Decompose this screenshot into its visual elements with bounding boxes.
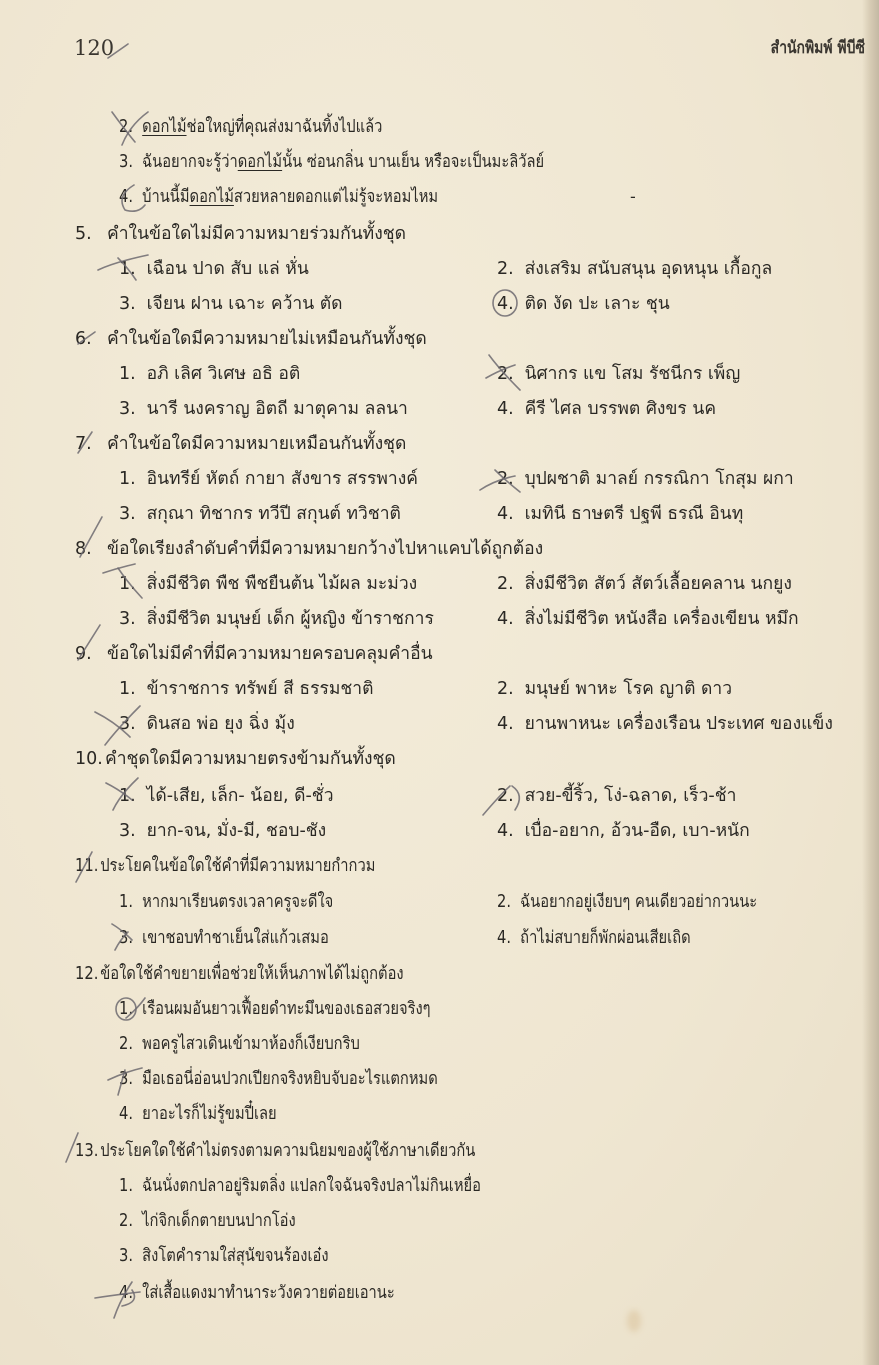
- q7-option-2: 2. บุปผชาติ มาลย์ กรรณิกา โกสุม ผกา: [497, 467, 794, 491]
- prev-question-option-2: 2. ดอกไม้ช่อใหญ่ที่คุณส่งมาฉันทิ้งไปแล้ว: [119, 115, 382, 139]
- q8-option-2: 2. สิ่งมีชีวิต สัตว์ สัตว์เลื้อยคลาน นกย…: [497, 572, 792, 596]
- q5-option-1: 1. เฉือน ปาด สับ แล่ หั่น: [119, 257, 309, 281]
- q8-option-1: 1. สิ่งมีชีวิต พืช พืชยืนต้น ไม้ผล มะม่ว…: [119, 572, 417, 596]
- question-8: 8.ข้อใดเรียงลำดับคำที่มีความหมายกว้างไปห…: [75, 537, 543, 561]
- question-text: คำชุดใดมีความหมายตรงข้ามกันทั้งชุด: [105, 749, 396, 769]
- question-text: ประโยคใดใช้คำไม่ตรงตามความนิยมของผู้ใช้ภ…: [100, 1141, 475, 1161]
- q11-option-2: 2. ฉันอยากอยู่เงียบๆ คนเดียวอย่ากวนนะ: [497, 890, 757, 914]
- q11-option-1: 1. หากมาเรียนตรงเวลาครูจะดีใจ: [119, 890, 333, 914]
- q6-option-1: 1. อภิ เลิศ วิเศษ อธิ อติ: [119, 362, 300, 386]
- q12-option-3: 3. มือเธอนี่อ่อนปวกเปียกจริงหยิบจับอะไรแ…: [119, 1067, 438, 1091]
- q10-option-2: 2. สวย-ขี้ริ้ว, โง่-ฉลาด, เร็ว-ช้า: [497, 784, 736, 808]
- question-12: 12.ข้อใดใช้คำขยายเพื่อช่วยให้เห็นภาพได้ไ…: [75, 962, 404, 986]
- q5-option-3: 3. เจียน ฝาน เฉาะ คว้าน ตัด: [119, 292, 343, 316]
- q13-option-2: 2. ไก่จิกเด็กตายบนปากโอ่ง: [119, 1209, 296, 1233]
- question-text: คำในข้อใดไม่มีความหมายร่วมกันทั้งชุด: [107, 224, 406, 244]
- q7-option-1: 1. อินทรีย์ หัตถ์ กายา สังขาร สรรพางค์: [119, 467, 418, 491]
- q12-option-2: 2. พอครูไสวเดินเข้ามาห้องก็เงียบกริบ: [119, 1032, 360, 1056]
- paper-stain: [627, 1310, 641, 1332]
- q8-option-3: 3. สิ่งมีชีวิต มนุษย์ เด็ก ผู้หญิง ข้ารา…: [119, 607, 434, 631]
- underlined-word: ดอกไม้: [238, 152, 282, 172]
- q5-option-2: 2. ส่งเสริม สนับสนุน อุดหนุน เกื้อกูล: [497, 257, 772, 281]
- question-11: 11.ประโยคในข้อใดใช้คำที่มีความหมายกำกวม: [75, 854, 375, 878]
- question-text: คำในข้อใดมีความหมายไม่เหมือนกันทั้งชุด: [107, 329, 427, 349]
- q11-option-3: 3. เขาชอบทำชาเย็นใส่แก้วเสมอ: [119, 926, 329, 950]
- question-text: ข้อใดเรียงลำดับคำที่มีความหมายกว้างไปหาแ…: [107, 539, 543, 559]
- publisher-name: สำนักพิมพ์ พีบีซี: [771, 34, 865, 61]
- underlined-word: ดอกไม้: [142, 117, 186, 137]
- prev-question-option-4: 4. บ้านนี้มีดอกไม้สวยหลายดอกแต่ไม่รู้จะห…: [119, 185, 438, 209]
- q13-option-1: 1. ฉันนั่งตกปลาอยู่ริมตลิ่ง แปลกใจฉันจริ…: [119, 1174, 481, 1198]
- question-7: 7.คำในข้อใดมีความหมายเหมือนกันทั้งชุด: [75, 432, 406, 456]
- q10-option-1: 1. ได้-เสีย, เล็ก- น้อย, ดี-ชั่ว: [119, 784, 334, 808]
- q10-option-4: 4. เบื่อ-อยาก, อ้วน-อืด, เบา-หนัก: [497, 819, 750, 843]
- question-10: 10.คำชุดใดมีความหมายตรงข้ามกันทั้งชุด: [75, 747, 396, 771]
- q6-option-3: 3. นารี นงคราญ อิตถี มาตุคาม ลลนา: [119, 397, 408, 421]
- q10-option-3: 3. ยาก-จน, มั่ง-มี, ชอบ-ชัง: [119, 819, 326, 843]
- page-number: 120: [74, 36, 114, 60]
- scanned-book-page: 120 สำนักพิมพ์ พีบีซี 2. ดอกไม้ช่อใหญ่ที…: [0, 0, 879, 1365]
- q9-option-3: 3. ดินสอ พ่อ ยุง ฉิ่ง มุ้ง: [119, 712, 295, 736]
- q5-option-4: 4. ติด งัด ปะ เลาะ ชุน: [497, 292, 670, 316]
- question-text: คำในข้อใดมีความหมายเหมือนกันทั้งชุด: [107, 434, 406, 454]
- q12-option-1: 1. เรือนผมอันยาวเฟื้อยดำทะมึนของเธอสวยจร…: [119, 997, 431, 1021]
- q7-option-4: 4. เมทินี ธาษตรี ปฐพี ธรณี อินทุ: [497, 502, 743, 526]
- q9-option-4: 4. ยานพาหนะ เครื่องเรือน ประเทศ ของแข็ง: [497, 712, 833, 736]
- question-6: 6.คำในข้อใดมีความหมายไม่เหมือนกันทั้งชุด: [75, 327, 427, 351]
- underlined-word: ดอกไม้: [190, 187, 234, 207]
- question-text: ประโยคในข้อใดใช้คำที่มีความหมายกำกวม: [100, 856, 375, 876]
- q9-option-1: 1. ข้าราชการ ทรัพย์ สี ธรรมชาติ: [119, 677, 373, 701]
- q6-option-4: 4. คีรี ไศล บรรพต ศิงขร นค: [497, 397, 716, 421]
- question-5: 5.คำในข้อใดไม่มีความหมายร่วมกันทั้งชุด: [75, 222, 406, 246]
- q7-option-3: 3. สกุณา ทิชากร ทวีปี สกุนต์ ทวิชาติ: [119, 502, 401, 526]
- q6-option-2: 2. นิศากร แข โสม รัชนีกร เพ็ญ: [497, 362, 740, 386]
- question-text: ข้อใดใช้คำขยายเพื่อช่วยให้เห็นภาพได้ไม่ถ…: [100, 964, 403, 984]
- q11-option-4: 4. ถ้าไม่สบายก็พักผ่อนเสียเถิด: [497, 926, 691, 950]
- q12-option-4: 4. ยาอะไรก็ไม่รู้ขมปี๋เลย: [119, 1102, 277, 1126]
- question-13: 13.ประโยคใดใช้คำไม่ตรงตามความนิยมของผู้ใ…: [75, 1139, 475, 1163]
- stray-dash-mark: -: [630, 185, 636, 209]
- q8-option-4: 4. สิ่งไม่มีชีวิต หนังสือ เครื่องเขียน ห…: [497, 607, 799, 631]
- question-text: ข้อใดไม่มีคำที่มีความหมายครอบคลุมคำอื่น: [107, 644, 433, 664]
- question-9: 9.ข้อใดไม่มีคำที่มีความหมายครอบคลุมคำอื่…: [75, 642, 433, 666]
- q13-option-3: 3. สิงโตคำรามใส่สุนัขจนร้องเอ๋ง: [119, 1244, 329, 1268]
- q13-option-4: 4. ใส่เสื้อแดงมาทำนาระวังควายต่อยเอานะ: [119, 1281, 395, 1305]
- prev-question-option-3: 3. ฉันอยากจะรู้ว่าดอกไม้นั้น ซ่อนกลิ่น บ…: [119, 150, 544, 174]
- q9-option-2: 2. มนุษย์ พาหะ โรค ญาติ ดาว: [497, 677, 732, 701]
